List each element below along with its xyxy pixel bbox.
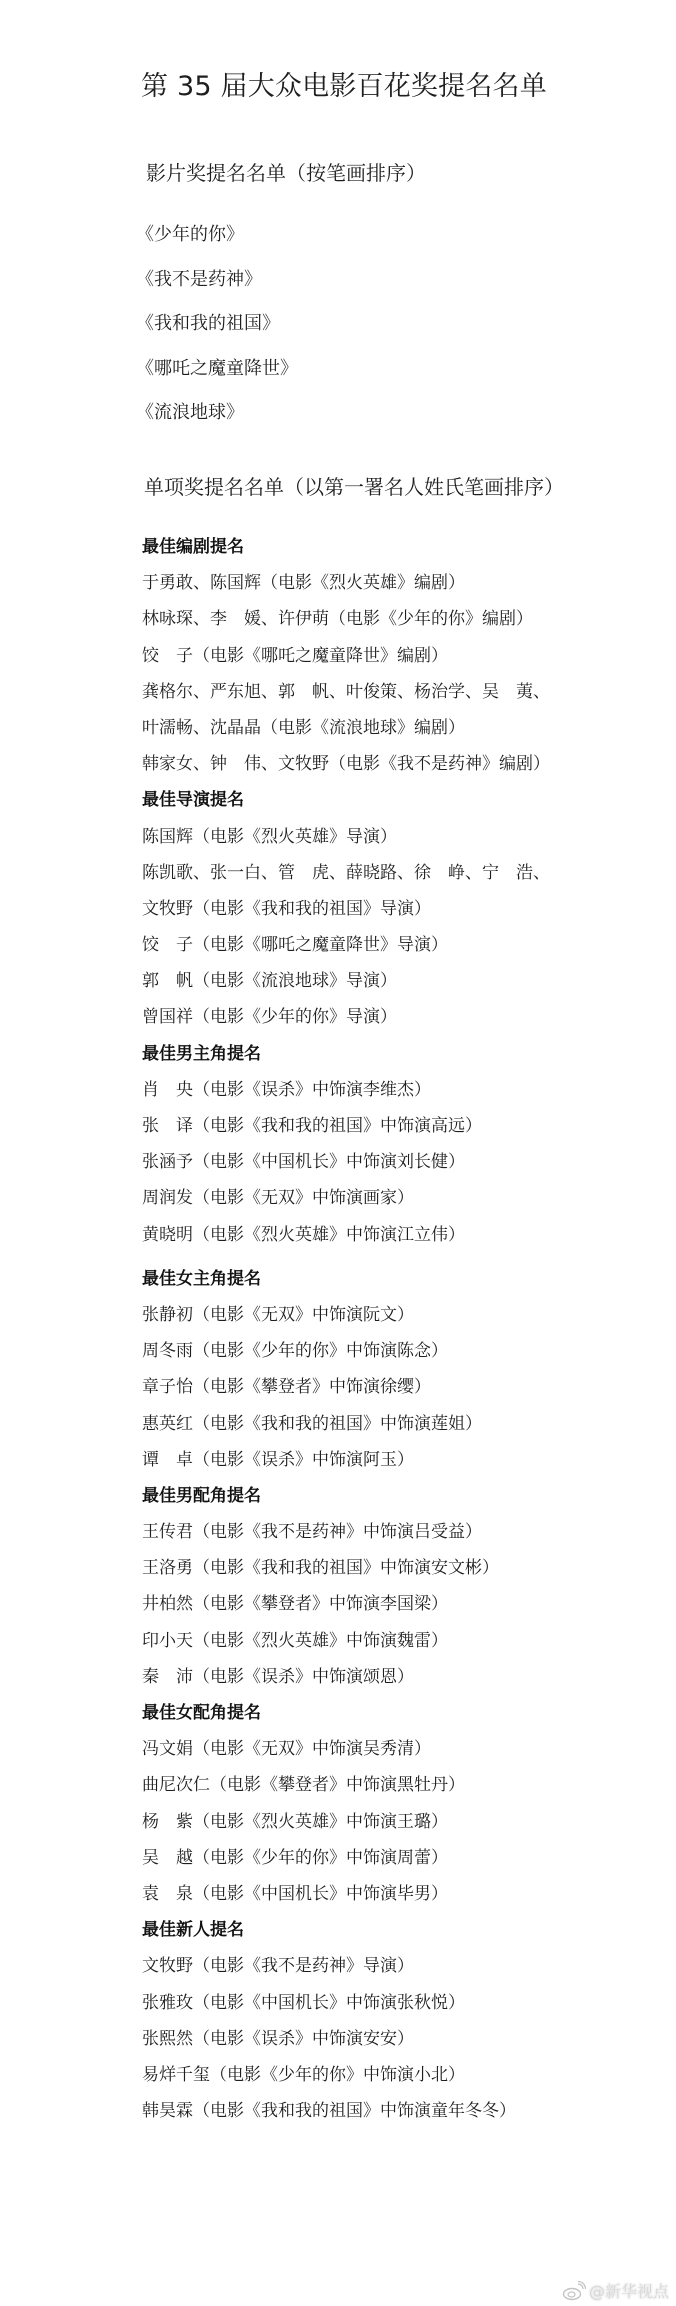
- nominee-line: 印小天（电影《烈火英雄》中饰演魏雷）: [142, 1623, 662, 1659]
- category-heading-screenplay: 最佳编剧提名: [142, 529, 662, 565]
- nominee-line: 肖 央（电影《误杀》中饰演李维杰）: [142, 1072, 662, 1108]
- nominee-line: 黄晓明（电影《烈火英雄》中饰演江立伟）: [142, 1217, 662, 1253]
- nominee-line: 惠英红（电影《我和我的祖国》中饰演莲姐）: [142, 1406, 662, 1442]
- category-heading-supporting-actor: 最佳男配角提名: [142, 1478, 662, 1514]
- nominee-line: 饺 子（电影《哪吒之魔童降世》编剧）: [142, 638, 662, 674]
- individual-section-heading: 单项奖提名名单（以第一署名人姓氏笔画排序）: [144, 474, 564, 500]
- weibo-watermark: @新华视点: [562, 2279, 669, 2302]
- category-heading-best-newcomer: 最佳新人提名: [142, 1912, 662, 1948]
- nominee-line: 张雅玫（电影《中国机长》中饰演张秋悦）: [142, 1985, 662, 2021]
- nominee-line: 于勇敢、陈国辉（电影《烈火英雄》编剧）: [142, 565, 662, 601]
- nominee-line: 周润发（电影《无双》中饰演画家）: [142, 1180, 662, 1216]
- nominee-line: 王洛勇（电影《我和我的祖国》中饰演安文彬）: [142, 1550, 662, 1586]
- category-heading-supporting-actress: 最佳女配角提名: [142, 1695, 662, 1731]
- film-section-heading: 影片奖提名名单（按笔画排序）: [146, 160, 426, 186]
- nominee-line: 张涵予（电影《中国机长》中饰演刘长健）: [142, 1144, 662, 1180]
- nominee-line: 郭 帆（电影《流浪地球》导演）: [142, 963, 662, 999]
- nominee-line: 吴 越（电影《少年的你》中饰演周蕾）: [142, 1840, 662, 1876]
- weibo-icon: [562, 2281, 586, 2301]
- category-heading-director: 最佳导演提名: [142, 782, 662, 818]
- nominee-line: 冯文娟（电影《无双》中饰演吴秀清）: [142, 1731, 662, 1767]
- film-item: 《少年的你》: [136, 222, 298, 267]
- nominee-line: 陈凯歌、张一白、管 虎、薛晓路、徐 峥、宁 浩、: [142, 855, 662, 891]
- nominee-line: 井柏然（电影《攀登者》中饰演李国梁）: [142, 1586, 662, 1622]
- watermark-text: @新华视点: [589, 2279, 669, 2302]
- category-list: 最佳编剧提名 于勇敢、陈国辉（电影《烈火英雄》编剧） 林咏琛、李 媛、许伊萌（电…: [142, 529, 662, 2129]
- nominee-line: 谭 卓（电影《误杀》中饰演阿玉）: [142, 1442, 662, 1478]
- nominee-line: 章子怡（电影《攀登者》中饰演徐缨）: [142, 1369, 662, 1405]
- nominee-line: 张 译（电影《我和我的祖国》中饰演高远）: [142, 1108, 662, 1144]
- nominee-line: 曲尼次仁（电影《攀登者》中饰演黑牡丹）: [142, 1767, 662, 1803]
- film-item: 《我和我的祖国》: [136, 311, 298, 356]
- nominee-line: 韩家女、钟 伟、文牧野（电影《我不是药神》编剧）: [142, 746, 662, 782]
- nominee-line: 陈国辉（电影《烈火英雄》导演）: [142, 819, 662, 855]
- nominee-line: 王传君（电影《我不是药神》中饰演吕受益）: [142, 1514, 662, 1550]
- category-heading-best-actor: 最佳男主角提名: [142, 1036, 662, 1072]
- nominee-line: 易烊千玺（电影《少年的你》中饰演小北）: [142, 2057, 662, 2093]
- film-item: 《哪吒之魔童降世》: [136, 356, 298, 401]
- nominee-line: 叶濡畅、沈晶晶（电影《流浪地球》编剧）: [142, 710, 662, 746]
- category-heading-best-actress: 最佳女主角提名: [142, 1261, 662, 1297]
- nominee-line: 饺 子（电影《哪吒之魔童降世》导演）: [142, 927, 662, 963]
- document-title: 第 35 届大众电影百花奖提名名单: [141, 70, 547, 104]
- nominee-line: 韩昊霖（电影《我和我的祖国》中饰演童年冬冬）: [142, 2093, 662, 2129]
- nominee-line: 文牧野（电影《我不是药神》导演）: [142, 1948, 662, 1984]
- nomination-document: 第 35 届大众电影百花奖提名名单 影片奖提名名单（按笔画排序） 《少年的你》 …: [0, 0, 676, 2306]
- nominee-line: 林咏琛、李 媛、许伊萌（电影《少年的你》编剧）: [142, 601, 662, 637]
- nominee-line: 袁 泉（电影《中国机长》中饰演毕男）: [142, 1876, 662, 1912]
- nominee-line: 文牧野（电影《我和我的祖国》导演）: [142, 891, 662, 927]
- nominee-line: 周冬雨（电影《少年的你》中饰演陈念）: [142, 1333, 662, 1369]
- nominee-line: 张熙然（电影《误杀》中饰演安安）: [142, 2021, 662, 2057]
- film-list: 《少年的你》 《我不是药神》 《我和我的祖国》 《哪吒之魔童降世》 《流浪地球》: [136, 222, 298, 445]
- film-item: 《我不是药神》: [136, 267, 298, 312]
- nominee-line: 龚格尔、严东旭、郭 帆、叶俊策、杨治学、吴 荑、: [142, 674, 662, 710]
- nominee-line: 张静初（电影《无双》中饰演阮文）: [142, 1297, 662, 1333]
- film-item: 《流浪地球》: [136, 400, 298, 445]
- nominee-line: 杨 紫（电影《烈火英雄》中饰演王璐）: [142, 1804, 662, 1840]
- nominee-line: 秦 沛（电影《误杀》中饰演颂恩）: [142, 1659, 662, 1695]
- nominee-line: 曾国祥（电影《少年的你》导演）: [142, 999, 662, 1035]
